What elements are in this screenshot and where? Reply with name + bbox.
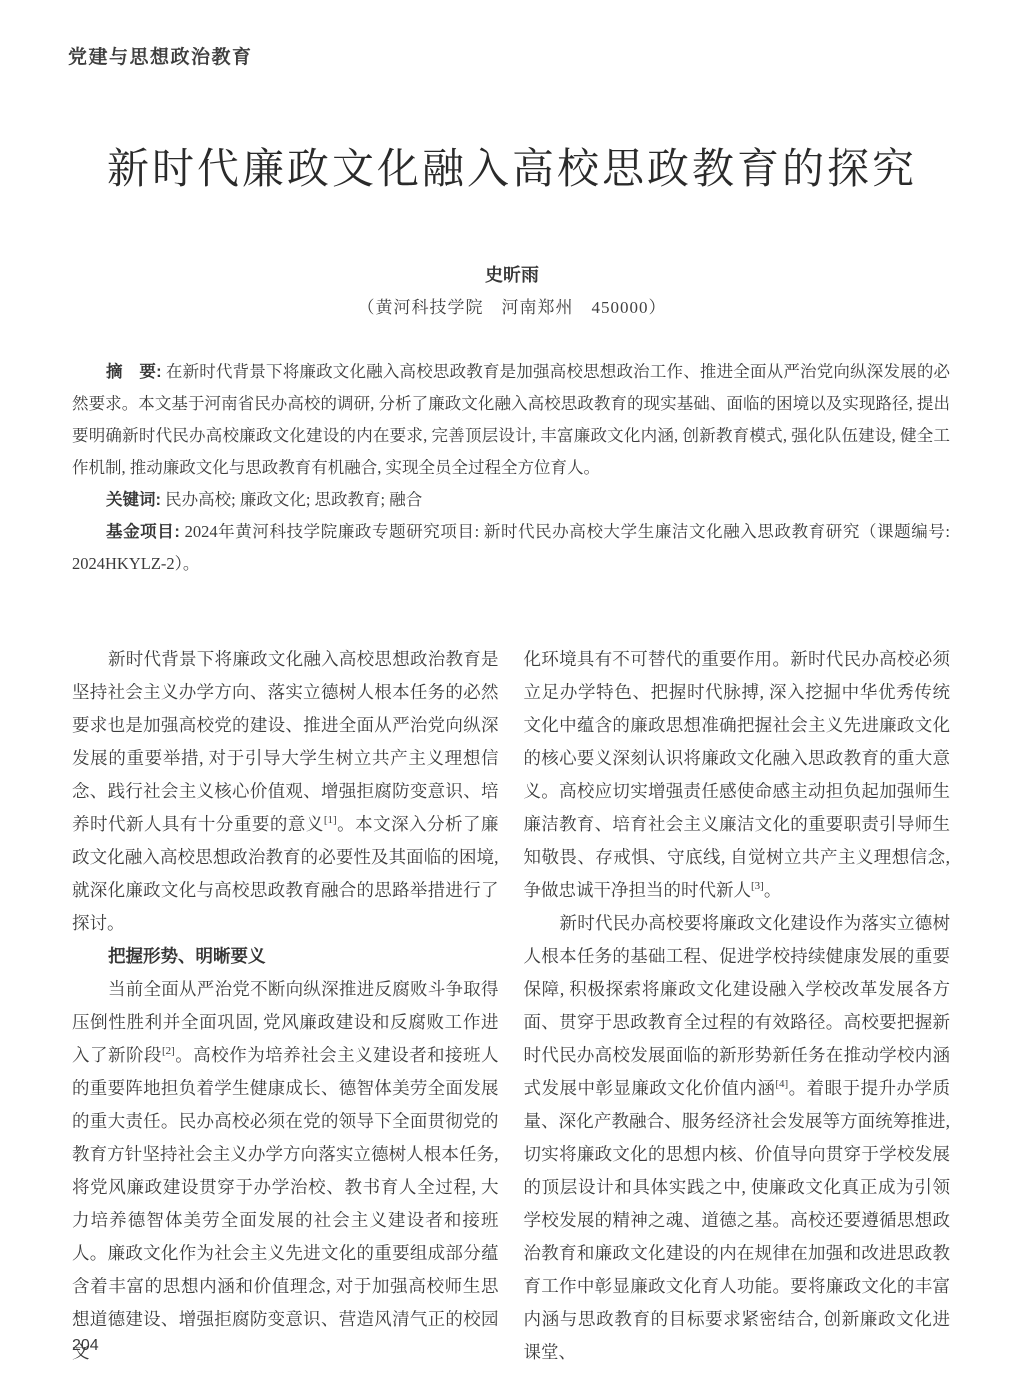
paper-page: 党建与思想政治教育 新时代廉政文化融入高校思政教育的探究 史昕雨 （黄河科技学院… <box>0 0 1024 1389</box>
citation-superscript: [3] <box>751 880 764 892</box>
body-paragraph: 当前全面从严治党不断向纵深推进反腐败斗争取得压倒性胜利并全面巩固, 党风廉政建设… <box>72 973 499 1369</box>
body-paragraph: 新时代民办高校要将廉政文化建设作为落实立德树人根本任务的基础工程、促进学校持续健… <box>524 907 951 1369</box>
citation-superscript: [2] <box>162 1045 175 1057</box>
fund-project-label: 基金项目: <box>106 523 180 541</box>
section-heading: 把握形势、明晰要义 <box>72 940 499 973</box>
left-column: 新时代背景下将廉政文化融入高校思想政治教育是坚持社会主义办学方向、落实立德树人根… <box>72 643 499 1369</box>
fund-project-text: 2024年黄河科技学院廉政专题研究项目: 新时代民办高校大学生廉洁文化融入思政教… <box>72 522 950 573</box>
body-text: 。高校作为培养社会主义建设者和接班人的重要阵地担负着学生健康成长、德智体美劳全面… <box>72 1045 499 1362</box>
abstract-label: 摘 要: <box>106 363 162 381</box>
body-paragraph: 化环境具有不可替代的重要作用。新时代民办高校必须立足办学特色、把握时代脉搏, 深… <box>524 643 951 907</box>
fund-project: 基金项目: 2024年黄河科技学院廉政专题研究项目: 新时代民办高校大学生廉洁文… <box>72 516 950 580</box>
body-text: 化环境具有不可替代的重要作用。新时代民办高校必须立足办学特色、把握时代脉搏, 深… <box>524 649 951 900</box>
citation-superscript: [1] <box>324 814 337 826</box>
abstract: 摘 要: 在新时代背景下将廉政文化融入高校思政教育是加强高校思想政治工作、推进全… <box>72 356 950 484</box>
body-text: 新时代背景下将廉政文化融入高校思想政治教育是坚持社会主义办学方向、落实立德树人根… <box>72 649 499 834</box>
body-text: 新时代民办高校要将廉政文化建设作为落实立德树人根本任务的基础工程、促进学校持续健… <box>524 913 951 1098</box>
body-columns: 新时代背景下将廉政文化融入高校思想政治教育是坚持社会主义办学方向、落实立德树人根… <box>72 643 950 1369</box>
keywords-text: 民办高校; 廉政文化; 思政教育; 融合 <box>161 490 422 509</box>
journal-section-header: 党建与思想政治教育 <box>68 42 253 69</box>
body-text: 。着眼于提升办学质量、深化产教融合、服务经济社会发展等方面统筹推进, 切实将廉政… <box>524 1078 951 1362</box>
article-title: 新时代廉政文化融入高校思政教育的探究 <box>0 136 1024 196</box>
page-number: 204 <box>72 1337 99 1355</box>
body-paragraph: 新时代背景下将廉政文化融入高校思想政治教育是坚持社会主义办学方向、落实立德树人根… <box>72 643 499 940</box>
keywords: 关键词: 民办高校; 廉政文化; 思政教育; 融合 <box>72 484 950 516</box>
citation-superscript: [4] <box>775 1078 788 1090</box>
body-text: 。 <box>764 880 782 900</box>
right-column: 化环境具有不可替代的重要作用。新时代民办高校必须立足办学特色、把握时代脉搏, 深… <box>524 643 951 1369</box>
author-affiliation: （黄河科技学院 河南郑州 450000） <box>0 293 1024 318</box>
front-matter: 摘 要: 在新时代背景下将廉政文化融入高校思政教育是加强高校思想政治工作、推进全… <box>72 356 950 580</box>
author-name: 史昕雨 <box>0 261 1024 287</box>
keywords-label: 关键词: <box>106 491 161 509</box>
abstract-text: 在新时代背景下将廉政文化融入高校思政教育是加强高校思想政治工作、推进全面从严治党… <box>72 362 950 477</box>
